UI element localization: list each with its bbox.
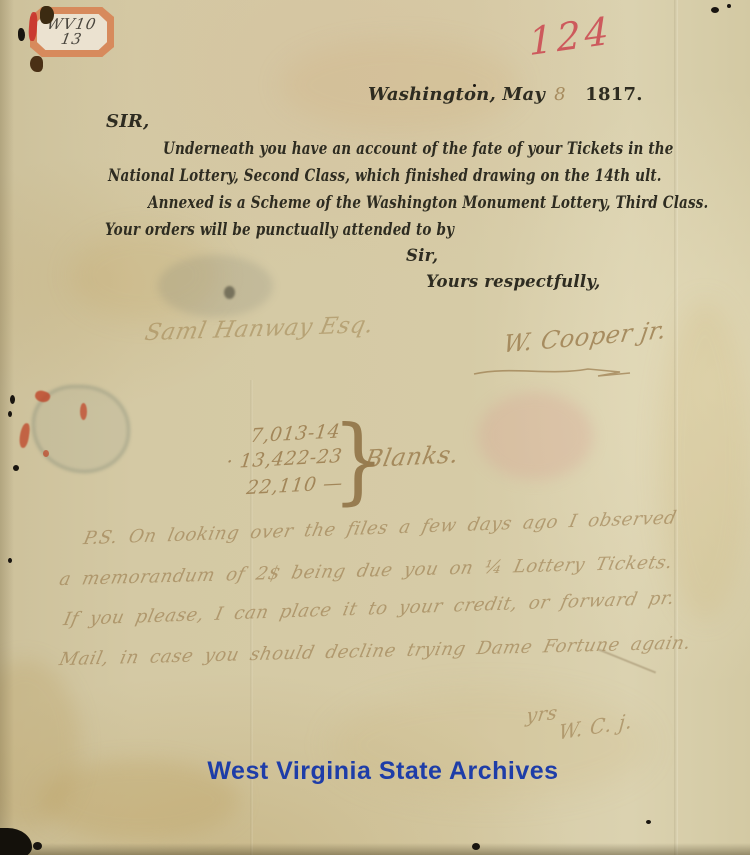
ink-speck bbox=[646, 820, 651, 824]
ticket-number: 7,013-14 bbox=[249, 420, 341, 447]
postscript-yrs: yrs bbox=[525, 702, 559, 728]
ink-speck bbox=[8, 558, 12, 563]
page-edge-left bbox=[0, 0, 14, 855]
archive-sticker-number: 13 bbox=[60, 32, 84, 47]
postscript-initials: W. C. j. bbox=[558, 708, 634, 744]
paper-stain bbox=[0, 660, 80, 830]
body-line: Your orders will be punctually attended … bbox=[105, 220, 454, 239]
body-line: Annexed is a Scheme of the Washington Mo… bbox=[148, 193, 708, 212]
torn-corner bbox=[0, 828, 32, 855]
ink-blob bbox=[30, 56, 43, 72]
water-stain bbox=[32, 385, 130, 473]
body-line: Underneath you have an account of the fa… bbox=[163, 139, 674, 158]
wax-fleck bbox=[18, 422, 30, 448]
addressee-handwritten: Saml Hanway Esq. bbox=[142, 312, 376, 346]
ticket-blanks-label: Blanks. bbox=[362, 440, 461, 473]
page-edge-bottom bbox=[0, 843, 750, 855]
postmark-smudge bbox=[158, 255, 273, 317]
signature-handwritten: W. Cooper jr. bbox=[501, 316, 668, 359]
dateline-printed: Washington, May bbox=[368, 84, 545, 105]
paper-stain bbox=[660, 300, 750, 620]
closing-respectfully: Yours respectfully, bbox=[426, 272, 600, 291]
page-number: 124 bbox=[528, 8, 613, 64]
wax-fleck bbox=[34, 389, 52, 404]
letter-scan: WV10 13 124 Washington, May 8 1817. SIR,… bbox=[0, 0, 750, 855]
ink-speck bbox=[10, 395, 15, 404]
ink-speck bbox=[711, 7, 719, 13]
archive-sticker-face: WV10 13 bbox=[37, 14, 107, 50]
ticket-number: 22,110 — bbox=[245, 472, 344, 499]
closing-sir: Sir, bbox=[406, 246, 438, 265]
wax-fleck bbox=[43, 450, 49, 457]
ink-speck bbox=[727, 4, 731, 8]
fold-crease-vertical bbox=[674, 0, 678, 855]
postscript-line: Mail, in case you should decline trying … bbox=[57, 632, 693, 670]
ticket-number: · 13,422-23 bbox=[225, 445, 343, 473]
dateline-year: 1817. bbox=[585, 84, 642, 105]
dateline: Washington, May 8 1817. bbox=[368, 84, 643, 105]
dateline-day-handwritten: 8 bbox=[554, 84, 566, 105]
paper-stain bbox=[70, 230, 220, 320]
postscript-line: If you please, I can place it to your cr… bbox=[62, 588, 677, 630]
ink-speck bbox=[18, 28, 25, 41]
wax-fleck bbox=[80, 403, 87, 420]
ink-speck bbox=[33, 842, 42, 850]
ink-speck bbox=[13, 465, 19, 471]
postscript-line: a memorandum of 2$ being due you on ¼ Lo… bbox=[57, 552, 674, 590]
signature-flourish bbox=[470, 360, 650, 382]
salutation: SIR, bbox=[106, 111, 149, 132]
body-line: National Lottery, Second Class, which fi… bbox=[108, 166, 662, 185]
ink-speck bbox=[472, 843, 480, 850]
archive-sticker: WV10 13 bbox=[30, 7, 114, 57]
ink-blot bbox=[224, 286, 235, 299]
archive-caption: West Virginia State Archives bbox=[207, 757, 558, 786]
pink-stain bbox=[478, 392, 593, 480]
ink-speck bbox=[8, 411, 12, 417]
